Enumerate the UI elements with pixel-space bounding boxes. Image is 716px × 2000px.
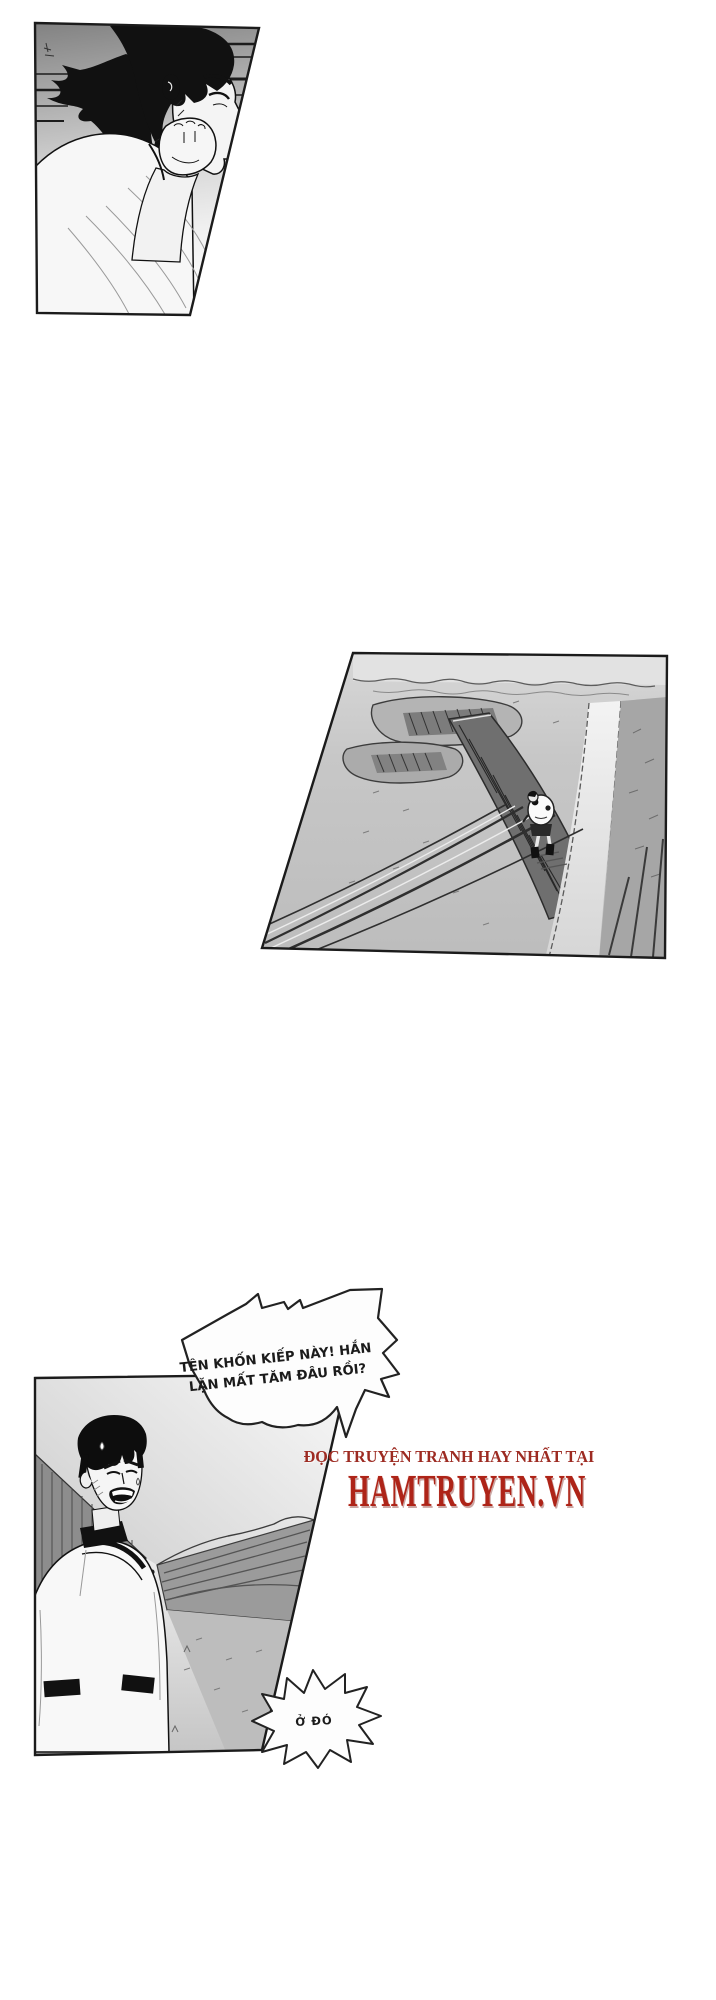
running-man-figure <box>34 22 252 318</box>
panel-top-running-man <box>28 16 268 321</box>
watermark-domain: HAMTRUYEN.VN <box>348 1468 504 1514</box>
speech-bubble-reply: Ở ĐÓ <box>246 1663 386 1775</box>
panel-2-art <box>253 643 678 968</box>
manga-page: TÊN KHỐN KIẾP NÀY! HẮN LẶN MẤT TĂM ĐÂU R… <box>0 0 716 2000</box>
panel-1-art <box>28 16 268 321</box>
panel-middle-field-maze <box>253 643 678 968</box>
reply-text: Ở ĐÓ <box>295 1711 333 1729</box>
speech-bubble-shout: TÊN KHỐN KIẾP NÀY! HẮN LẶN MẤT TĂM ĐÂU R… <box>150 1278 402 1450</box>
